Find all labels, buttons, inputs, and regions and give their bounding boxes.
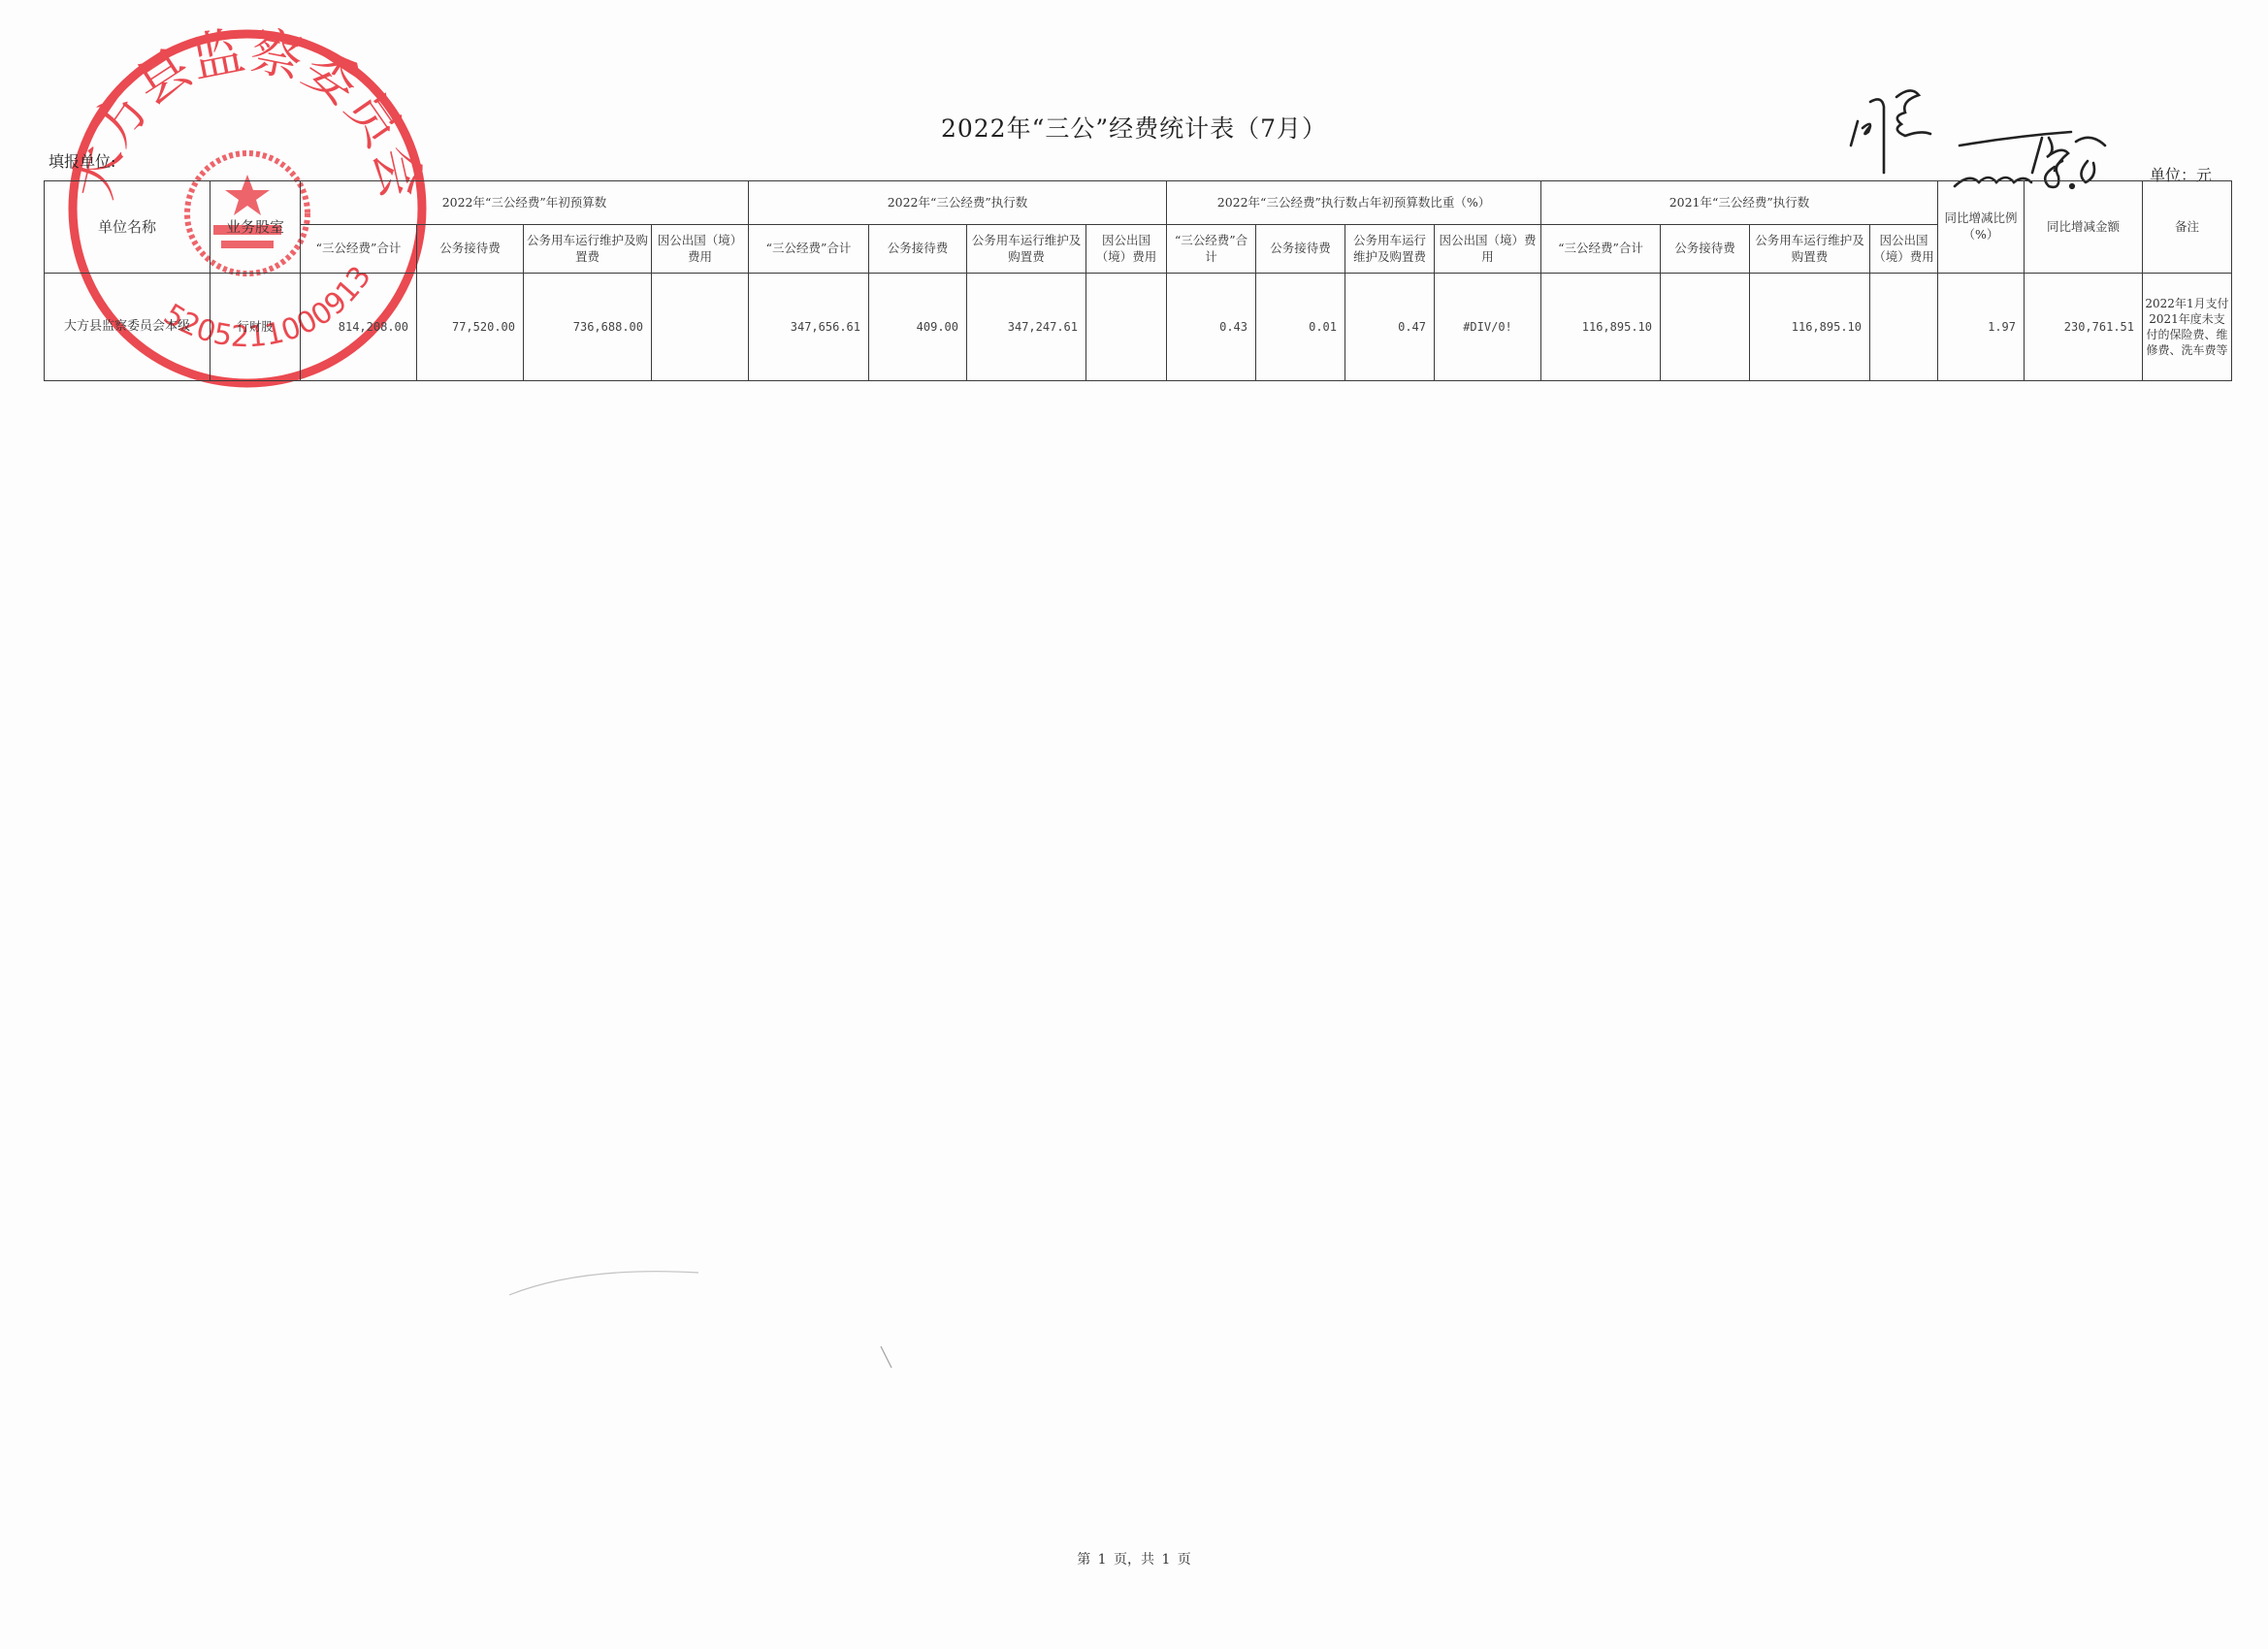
cell-budget-total: 814,208.00 [301,274,417,381]
cell-remarks: 2022年1月支付2021年度未支付的保险费、维修费、洗车费等 [2143,274,2232,381]
cell-ratio-total: 0.43 [1167,274,1256,381]
header-budget-vehicle: 公务用车运行维护及购置费 [524,225,652,274]
signature-date: 2022 8.4 [1833,68,1838,69]
scan-artifact-arc [504,1261,718,1300]
cell-department: 行财股 [211,274,301,381]
cell-yoy-amount: 230,761.51 [2025,274,2143,381]
cell-exec2021-total: 116,895.10 [1541,274,1661,381]
cell-exec2021-reception [1661,274,1750,381]
cell-exec2021-vehicle: 116,895.10 [1750,274,1870,381]
header-department: 业务股室 [211,181,301,274]
three-public-expenses-table: 单位名称 业务股室 2022年“三公经费”年初预算数 2022年“三公经费”执行… [44,180,2232,381]
header-group-exec-2021: 2021年“三公经费”执行数 [1541,181,1938,225]
cell-exec2022-abroad [1086,274,1167,381]
cell-exec2022-reception: 409.00 [869,274,967,381]
cell-ratio-abroad: #DIV/0! [1435,274,1541,381]
header-budget-reception: 公务接待费 [417,225,524,274]
cell-budget-vehicle: 736,688.00 [524,274,652,381]
header-exec2022-reception: 公务接待费 [869,225,967,274]
header-group-ratio: 2022年“三公经费”执行数占年初预算数比重（%） [1167,181,1541,225]
header-exec2022-abroad: 因公出国（境）费用 [1086,225,1167,274]
header-exec2021-abroad: 因公出国（境）费用 [1870,225,1938,274]
header-ratio-vehicle: 公务用车运行维护及购置费 [1345,225,1435,274]
header-row-sub: “三公经费”合计 公务接待费 公务用车运行维护及购置费 因公出国（境）费用 “三… [45,225,2232,274]
header-ratio-reception: 公务接待费 [1256,225,1345,274]
header-exec2022-total: “三公经费”合计 [749,225,869,274]
cell-exec2022-vehicle: 347,247.61 [967,274,1086,381]
header-exec2022-vehicle: 公务用车运行维护及购置费 [967,225,1086,274]
cell-yoy-ratio: 1.97 [1938,274,2025,381]
table-row: 大方县监察委员会本级 行财股 814,208.00 77,520.00 736,… [45,274,2232,381]
header-ratio-abroad: 因公出国（境）费用 [1435,225,1541,274]
cell-budget-abroad [652,274,749,381]
header-group-exec-2022: 2022年“三公经费”执行数 [749,181,1167,225]
scan-artifact-mark [878,1343,897,1373]
cell-exec2021-abroad [1870,274,1938,381]
header-ratio-total: “三公经费”合计 [1167,225,1256,274]
page-footer: 第 1 页，共 1 页 [0,1549,2268,1568]
header-exec2021-reception: 公务接待费 [1661,225,1750,274]
header-budget-abroad: 因公出国（境）费用 [652,225,749,274]
reporting-unit-label: 填报单位: [49,149,115,172]
header-yoy-amount: 同比增减金额 [2025,181,2143,274]
cell-ratio-vehicle: 0.47 [1345,274,1435,381]
header-budget-total: “三公经费”合计 [301,225,417,274]
header-exec2021-vehicle: 公务用车运行维护及购置费 [1750,225,1870,274]
header-remarks: 备注 [2143,181,2232,274]
header-yoy-ratio: 同比增减比例（%） [1938,181,2025,274]
cell-ratio-reception: 0.01 [1256,274,1345,381]
cell-unit-name: 大方县监察委员会本级 [45,274,211,381]
cell-budget-reception: 77,520.00 [417,274,524,381]
page-title: 2022年“三公”经费统计表（7月） [0,110,2268,145]
header-exec2021-total: “三公经费”合计 [1541,225,1661,274]
cell-exec2022-total: 347,656.61 [749,274,869,381]
header-unit-name: 单位名称 [45,181,211,274]
header-group-budget: 2022年“三公经费”年初预算数 [301,181,749,225]
header-row-group: 单位名称 业务股室 2022年“三公经费”年初预算数 2022年“三公经费”执行… [45,181,2232,225]
